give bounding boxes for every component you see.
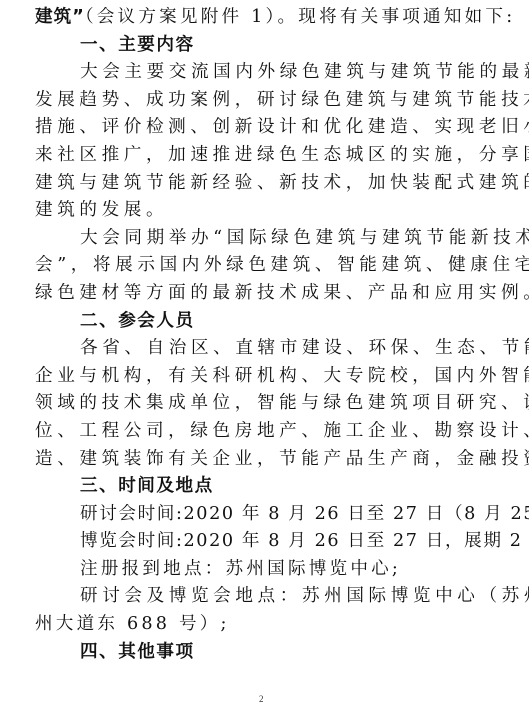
section-heading-2: 二、参会人员 xyxy=(35,308,485,336)
section-heading-4: 四、其他事项 xyxy=(35,639,485,667)
paragraph-line: 大会同期举办“国际绿色建筑与建筑节能新技术与产品博览 xyxy=(35,225,485,253)
venue-location: 研讨会及博览会地点：苏州国际博览中心（苏州工业园区苏 xyxy=(35,583,485,611)
paragraph-line: 发展趋势、成功案例，研讨绿色建筑与建筑节能技术标准、政策 xyxy=(35,87,485,115)
page-number: 2 xyxy=(259,694,264,704)
paragraph-line: 各省、自治区、直辖市建设、环保、生态、节能减排部门、 xyxy=(35,335,485,363)
intro-text: （会议方案见附件 1）。现将有关事项通知如下: xyxy=(85,7,516,27)
section-heading-1: 一、主要内容 xyxy=(35,32,485,60)
paragraph-line: 位、工程公司，绿色房地产、施工企业、勘察设计、建材研发制 xyxy=(35,418,485,446)
paragraph-line: 绿色建材等方面的最新技术成果、产品和应用实例。 xyxy=(35,280,485,308)
paragraph-line: 企业与机构，有关科研机构、大专院校，国内外智能与绿色建筑 xyxy=(35,363,485,391)
paragraph-line: 来社区推广，加速推进绿色生态城区的实施，分享国际国内绿色 xyxy=(35,142,485,170)
schedule-seminar-time: 研讨会时间:2020 年 8 月 26 日至 27 日（8 月 25 日报到）; xyxy=(35,501,485,529)
paragraph-line: 领域的技术集成单位，智能与绿色建筑项目研究、设计和建设单 xyxy=(35,390,485,418)
document-page: 建筑”（会议方案见附件 1）。现将有关事项通知如下: 一、主要内容 大会主要交流… xyxy=(35,4,485,666)
section-heading-3: 三、时间及地点 xyxy=(35,473,485,501)
paragraph-line: 造、建筑装饰有关企业，节能产品生产商，金融投资机构等。 xyxy=(35,446,485,474)
paragraph-line: 措施、评价检测、创新设计和优化建造、实现老旧小区改造与未 xyxy=(35,114,485,142)
paragraph-line: 建筑的发展。 xyxy=(35,197,485,225)
paragraph-line: 建筑与建筑节能新经验、新技术，加快装配式建筑的普及和绿色 xyxy=(35,170,485,198)
intro-line: 建筑”（会议方案见附件 1）。现将有关事项通知如下: xyxy=(35,4,485,32)
paragraph-line: 会”，将展示国内外绿色建筑、智能建筑、健康住宅、建筑节能和 xyxy=(35,252,485,280)
registration-location: 注册报到地点：苏州国际博览中心; xyxy=(35,556,485,584)
intro-bold-prefix: 建筑” xyxy=(35,7,85,27)
paragraph-line: 大会主要交流国内外绿色建筑与建筑节能的最新科技成果、 xyxy=(35,59,485,87)
schedule-expo-time: 博览会时间:2020 年 8 月 26 日至 27 日，展期 2 天; xyxy=(35,528,485,556)
venue-address: 州大道东 688 号）; xyxy=(35,611,485,639)
